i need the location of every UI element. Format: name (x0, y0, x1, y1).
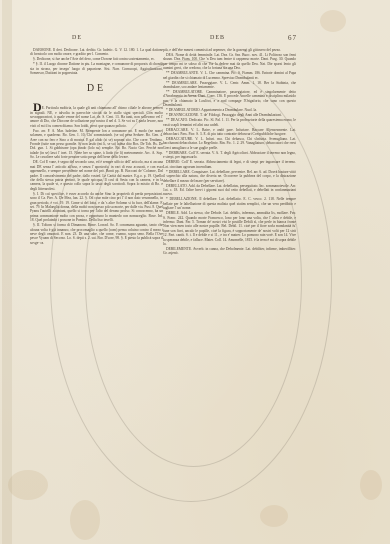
dictionary-entry: più, e dell'ebe mmesi commisii ad urpens… (163, 48, 296, 52)
dictionary-entry: DEBILE. Add. La stesso, che Debole. Lat.… (163, 211, 296, 246)
paper-stain (70, 500, 100, 540)
entry-text: E. Particula moltiria, la quale gli anti… (30, 106, 163, 128)
running-head-center: DEB (210, 35, 225, 41)
dictionary-entry: §. I. Di cuì specifice, è esser accordo … (30, 192, 163, 223)
scanned-page: DE DEB 67 DAEMONE. Il deri. Dedicone. La… (0, 0, 390, 544)
dictionary-entry: §. Dedicone, si fue anche l'Arte del der… (30, 57, 163, 61)
running-head-left: DE (72, 35, 82, 41)
dictionary-entry: DEBELLATO. Add. da Debellare. Lat. debel… (163, 184, 296, 197)
dictionary-entry: DE. Cof E vane, è segno del secondo caso… (30, 160, 163, 191)
running-head: DE DEB 67 (30, 35, 300, 45)
dictionary-entry: * §. II. il Luogo dicome Datione in piu.… (30, 62, 163, 75)
dictionary-entry: ** DEAMBULANTE. V. L. Che cammina. Pic. … (163, 71, 296, 80)
dictionary-entry: ** DEAMBULATORE. Camminatore, passeggiat… (163, 90, 296, 108)
dictionary-entry: DEBILEMENTE. Avverb. in canna, che Debol… (163, 247, 296, 256)
paper-stain (8, 470, 48, 500)
dictionary-entry: * DEANNICAZIONE. T. de' Filologi. Passag… (163, 113, 296, 117)
dictionary-entry: DEBACCARE. V. L. Baire, e andò pare. Inf… (163, 128, 296, 137)
dictionary-entry: DAEMONE. Il deri. Dedicone. Lat. dedito.… (30, 48, 163, 57)
dictionary-entry: * DEBELLAZIONE. Il debellare. Lat. debel… (163, 197, 296, 210)
right-column: più, e dell'ebe mmesi commisii ad urpens… (163, 48, 296, 256)
dictionary-entry: DEA. Nome di deità femminile. Lat. Dea. … (163, 53, 296, 71)
dictionary-entry: ** DEAMBULARE. Passeggiare. V. L. Centr.… (163, 81, 296, 90)
paper-stain (320, 10, 346, 32)
dictionary-entry: DEBBIO. Coll' E. serrata. Abbruciamento … (163, 160, 296, 169)
dictionary-entry: DE. Particula moltiria, la quale gli ant… (30, 103, 163, 129)
page-number: 67 (288, 34, 297, 42)
dictionary-entry: ** DEACATO. Dedicato. Pic. Sl. Pal. 1. 1… (163, 118, 296, 127)
dictionary-entry: §. II. Toltom si forma di Dimanora. Rime… (30, 223, 163, 245)
dictionary-entry: * DEAMBULATORIO. Appartamento a Deambula… (163, 108, 296, 112)
dictionary-entry: * DEBBIARE. Coll' E. serrata. V. A. T. d… (163, 151, 296, 160)
paper-stain (360, 470, 382, 500)
dictionary-entry: * DEBELLARE. Conquisare. Lat. debellare,… (163, 170, 296, 183)
section-heading: DE (30, 83, 163, 95)
paper-stain (2, 0, 12, 544)
dictionary-entry: Fuo. arr. F. A. Mar. ludetine. M. Rompen… (30, 129, 163, 160)
left-column: DAEMONE. Il deri. Dedicone. Lat. dedito.… (30, 48, 163, 246)
paper-stain (260, 505, 288, 527)
dictionary-entry: DEBACCATURE. V. L. Infuri. ma. Chi debas… (163, 137, 296, 150)
